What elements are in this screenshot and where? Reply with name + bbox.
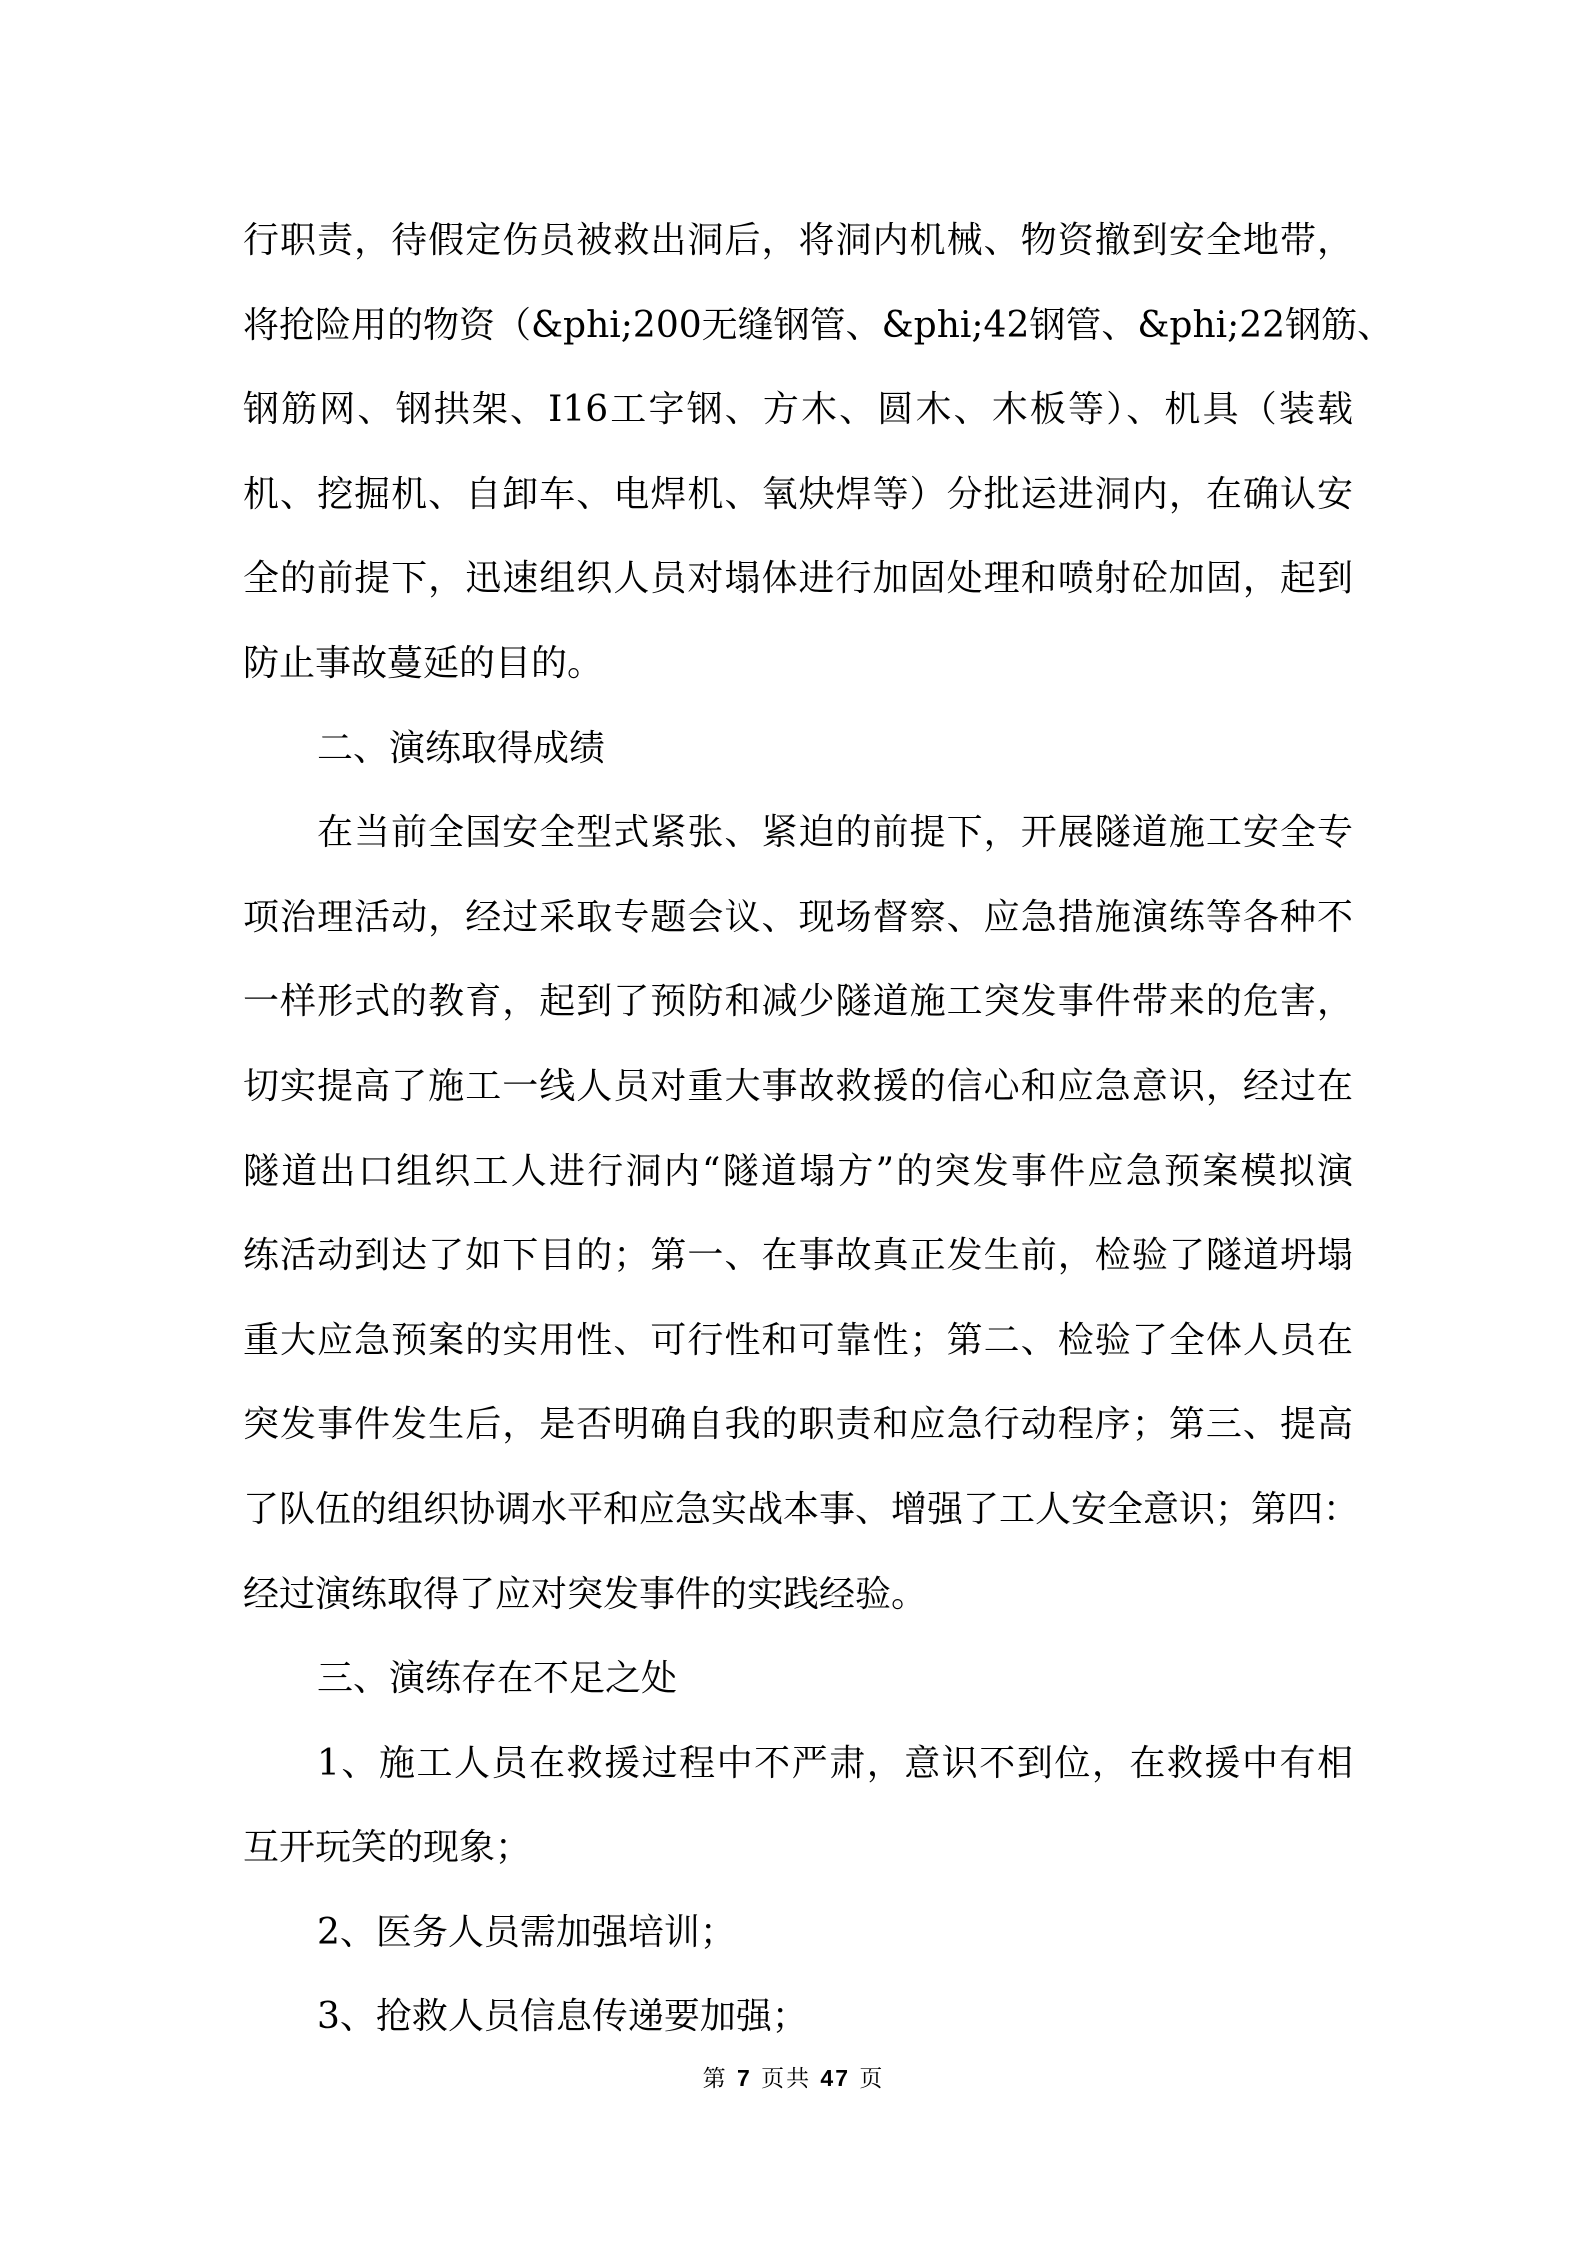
footer-middle: 页共	[761, 2066, 811, 2092]
paragraph-line: 突发事件发生后，是否明确自我的职责和应急行动程序；第三、提高	[243, 1383, 1353, 1468]
paragraph-line: 全的前提下，迅速组织人员对塌体进行加固处理和喷射砼加固，起到	[243, 537, 1353, 622]
document-body: 行职责，待假定伤员被救出洞后，将洞内机械、物资撤到安全地带， 将抢险用的物资（&…	[243, 199, 1353, 2060]
paragraph-line: 切实提高了施工一线人员对重大事故救援的信心和应急意识，经过在	[243, 1045, 1353, 1130]
paragraph-line: 行职责，待假定伤员被救出洞后，将洞内机械、物资撤到安全地带，	[243, 199, 1353, 284]
total-pages-number: 47	[820, 2065, 850, 2091]
paragraph-line: 将抢险用的物资（&phi;200无缝钢管、&phi;42钢管、&phi;22钢筋…	[243, 284, 1353, 369]
footer-suffix: 页	[859, 2066, 884, 2092]
paragraph-line: 重大应急预案的实用性、可行性和可靠性；第二、检验了全体人员在	[243, 1299, 1353, 1384]
section-heading-shortcomings: 三、演练存在不足之处	[243, 1637, 1353, 1722]
paragraph-line: 钢筋网、钢拱架、I16工字钢、方木、圆木、木板等）、机具（装载	[243, 368, 1353, 453]
list-item-line: 3、抢救人员信息传递要加强；	[243, 1975, 1353, 2060]
section-heading-achievements: 二、演练取得成绩	[243, 707, 1353, 792]
list-item-line: 1、施工人员在救援过程中不严肃，意识不到位，在救援中有相	[243, 1722, 1353, 1807]
footer-prefix: 第	[703, 2066, 728, 2092]
document-page: 行职责，待假定伤员被救出洞后，将洞内机械、物资撤到安全地带， 将抢险用的物资（&…	[0, 0, 1587, 2245]
current-page-number: 7	[737, 2065, 752, 2091]
paragraph-line: 防止事故蔓延的目的。	[243, 622, 1353, 707]
paragraph-line: 一样形式的教育，起到了预防和减少隧道施工突发事件带来的危害，	[243, 960, 1353, 1045]
paragraph-line: 练活动到达了如下目的；第一、在事故真正发生前，检验了隧道坍塌	[243, 1214, 1353, 1299]
paragraph-line: 机、挖掘机、自卸车、电焊机、氧炔焊等）分批运进洞内，在确认安	[243, 453, 1353, 538]
paragraph-line: 了队伍的组织协调水平和应急实战本事、增强了工人安全意识；第四：	[243, 1468, 1353, 1553]
paragraph-line: 项治理活动，经过采取专题会议、现场督察、应急措施演练等各种不	[243, 876, 1353, 961]
list-item-line: 2、医务人员需加强培训；	[243, 1891, 1353, 1976]
paragraph-line: 经过演练取得了应对突发事件的实践经验。	[243, 1553, 1353, 1638]
paragraph-line: 隧道出口组织工人进行洞内“隧道塌方”的突发事件应急预案模拟演	[243, 1130, 1353, 1215]
page-footer: 第 7 页共 47 页	[0, 2060, 1587, 2093]
paragraph-line: 在当前全国安全型式紧张、紧迫的前提下，开展隧道施工安全专	[243, 791, 1353, 876]
list-item-line: 互开玩笑的现象；	[243, 1806, 1353, 1891]
